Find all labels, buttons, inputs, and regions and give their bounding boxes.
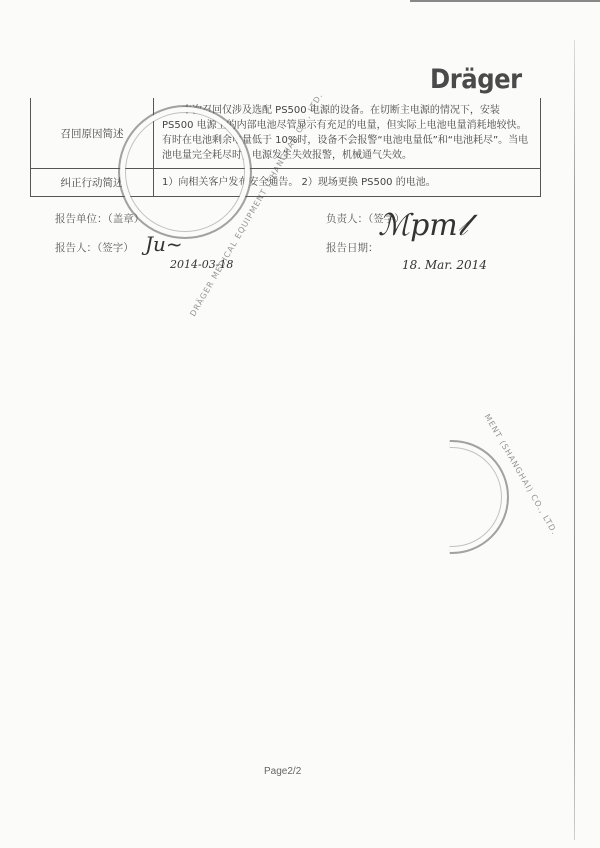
drager-logo: Dräger [430,64,522,95]
reporter-date: 2014-03-18 [170,258,233,271]
reporter-signature: Ju~ [145,232,183,256]
scan-edge-top [410,0,600,2]
company-seal-stamp-half [395,440,509,554]
reporter-label: 报告人：（签字） [55,240,134,255]
table-row-corrective-action: 纠正行动简述 1）向相关客户发布安全通告。 2）现场更换 PS500 的电池。 [31,169,541,197]
report-date-label: 报告日期： [326,240,379,255]
responsible-signature: ℳpm𝓁 [378,208,468,243]
scan-edge-right [574,40,575,840]
report-date-handwritten: 18. Mar. 2014 [402,258,487,272]
reporting-unit-label: 报告单位：（盖章） [55,211,144,226]
page-number: Page2/2 [264,766,301,777]
